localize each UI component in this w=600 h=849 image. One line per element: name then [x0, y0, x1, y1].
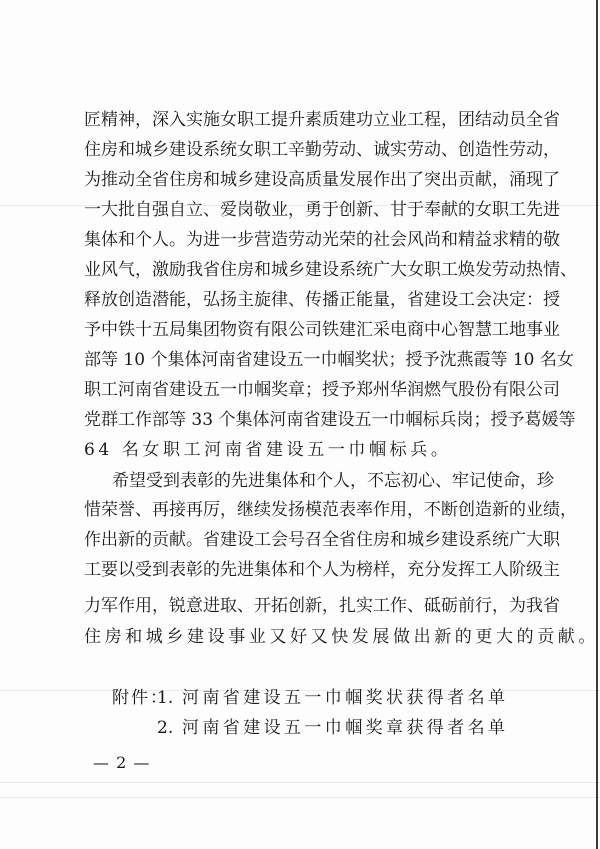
text-line: 集体和个人。为进一步营造劳动光荣的社会风尚和精益求精的敬: [84, 225, 518, 255]
page-number: — 2 —: [93, 748, 150, 778]
text-line: 予中铁十五局集团物资有限公司铁建汇采电商中心智慧工地事业: [84, 315, 518, 345]
text-line: 职工河南省建设五一巾帼奖章；授予郑州华润燃气股份有限公司: [84, 375, 518, 405]
text-line: 匠精神，深入实施女职工提升素质建功立业工程，团结动员全省: [84, 105, 518, 135]
text-line: 工要以受到表彰的先进集体和个人为榜样，充分发挥工人阶级主: [84, 555, 518, 585]
attachment-number: 2.: [157, 713, 173, 743]
text-line: 希望受到表彰的先进集体和个人，不忘初心、牢记使命，珍: [112, 466, 518, 496]
text-line: 作出新的贡献。省建设工会号召全省住房和城乡建设系统广大职: [84, 525, 518, 555]
attachment-title: 河南省建设五一巾帼奖状获得者名单: [182, 683, 508, 713]
scan-bleed-line: [0, 797, 600, 798]
text-line: 惜荣誉、再接再厉，继续发扬模范表率作用，不断创造新的业绩，: [84, 495, 518, 525]
document-page: 匠精神，深入实施女职工提升素质建功立业工程，团结动员全省 住房和城乡建设系统女职…: [0, 0, 600, 849]
text-line: 业风气，激励我省住房和城乡建设系统广大女职工焕发劳动热情、: [84, 255, 518, 285]
attachment-title: 河南省建设五一巾帼奖章获得者名单: [182, 713, 508, 743]
text-line: 住房和城乡建设事业又好又快发展做出新的更大的贡献。: [84, 622, 518, 652]
text-line: 一大批自强自立、爱岗敬业，勇于创新、甘于奉献的女职工先进: [84, 195, 518, 225]
text-line: 力军作用，锐意进取、开拓创新，扎实工作、砥砺前行，为我省: [84, 591, 518, 621]
text-line: 64 名女职工河南省建设五一巾帼标兵。: [84, 435, 518, 465]
text-line: 为推动全省住房和城乡建设高质量发展作出了突出贡献，涌现了: [84, 165, 518, 195]
page-edge-border: [596, 0, 598, 849]
text-line: 党群工作部等 33 个集体河南省建设五一巾帼标兵岗；授予葛媛等: [84, 405, 518, 435]
scan-bleed-line: [0, 782, 600, 783]
attachment-number: 1.: [157, 683, 173, 713]
text-line: 住房和城乡建设系统女职工辛勤劳动、诚实劳动、创造性劳动，: [84, 135, 518, 165]
text-line: 释放创造潜能，弘扬主旋律、传播正能量，省建设工会决定：授: [84, 285, 518, 315]
text-line: 部等 10 个集体河南省建设五一巾帼奖状；授予沈燕霞等 10 名女: [84, 345, 518, 375]
